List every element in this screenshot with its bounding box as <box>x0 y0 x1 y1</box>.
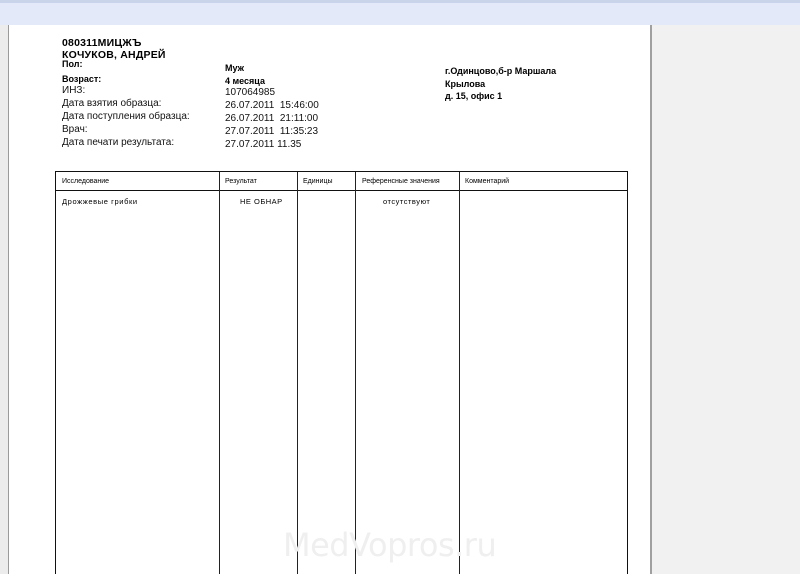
column-header-result: Результат <box>225 177 257 186</box>
address-line-1: г.Одинцово,б-р Маршала <box>445 65 556 77</box>
address-line-3: д. 15, офис 1 <box>445 90 502 102</box>
column-header-comment: Комментарий <box>465 177 509 186</box>
field-label-receipt-date: Дата поступления образца: <box>62 111 190 123</box>
row-test-name: Дрожжевые грибки <box>62 196 138 208</box>
row-result: НЕ ОБНАР <box>240 196 283 208</box>
field-label-inz: ИНЗ: <box>62 85 85 97</box>
field-value-age: 4 месяца <box>225 75 265 87</box>
sample-code: 080311МИЦЖЪ <box>62 37 142 49</box>
table-header <box>56 172 627 191</box>
left-gutter <box>0 25 9 574</box>
column-header-test: Исследование <box>62 177 109 186</box>
column-divider <box>459 172 460 574</box>
field-label-age: Возраст: <box>62 73 101 85</box>
field-value-print-date: 27.07.2011 11.35 <box>225 139 301 151</box>
field-value-sample-date: 26.07.2011 15:46:00 <box>225 100 319 112</box>
column-divider <box>355 172 356 574</box>
field-value-receipt-date: 26.07.2011 21:11:00 <box>225 113 318 125</box>
viewer-toolbar <box>0 0 800 25</box>
watermark: MedVopros.ru <box>283 526 496 564</box>
field-label-doctor: Врач: <box>62 124 88 136</box>
field-value-inz: 107064985 <box>225 87 275 99</box>
column-divider <box>219 172 220 574</box>
field-value-doctor: 27.07.2011 11:35:23 <box>225 126 318 138</box>
column-header-reference: Референсные значения <box>362 177 440 186</box>
results-table: Исследование Результат Единицы Референсн… <box>55 171 628 574</box>
column-divider <box>297 172 298 574</box>
field-value-sex: Муж <box>225 62 244 74</box>
row-reference: отсутствуют <box>383 196 430 208</box>
report-page: 080311МИЦЖЪ КОЧУКОВ, АНДРЕЙ Пол: Муж Воз… <box>9 25 652 574</box>
column-header-units: Единицы <box>303 177 332 186</box>
field-label-sex: Пол: <box>62 60 82 69</box>
field-label-sample-date: Дата взятия образца: <box>62 98 161 110</box>
address-line-2: Крылова <box>445 78 485 90</box>
field-label-print-date: Дата печати результата: <box>62 137 174 149</box>
